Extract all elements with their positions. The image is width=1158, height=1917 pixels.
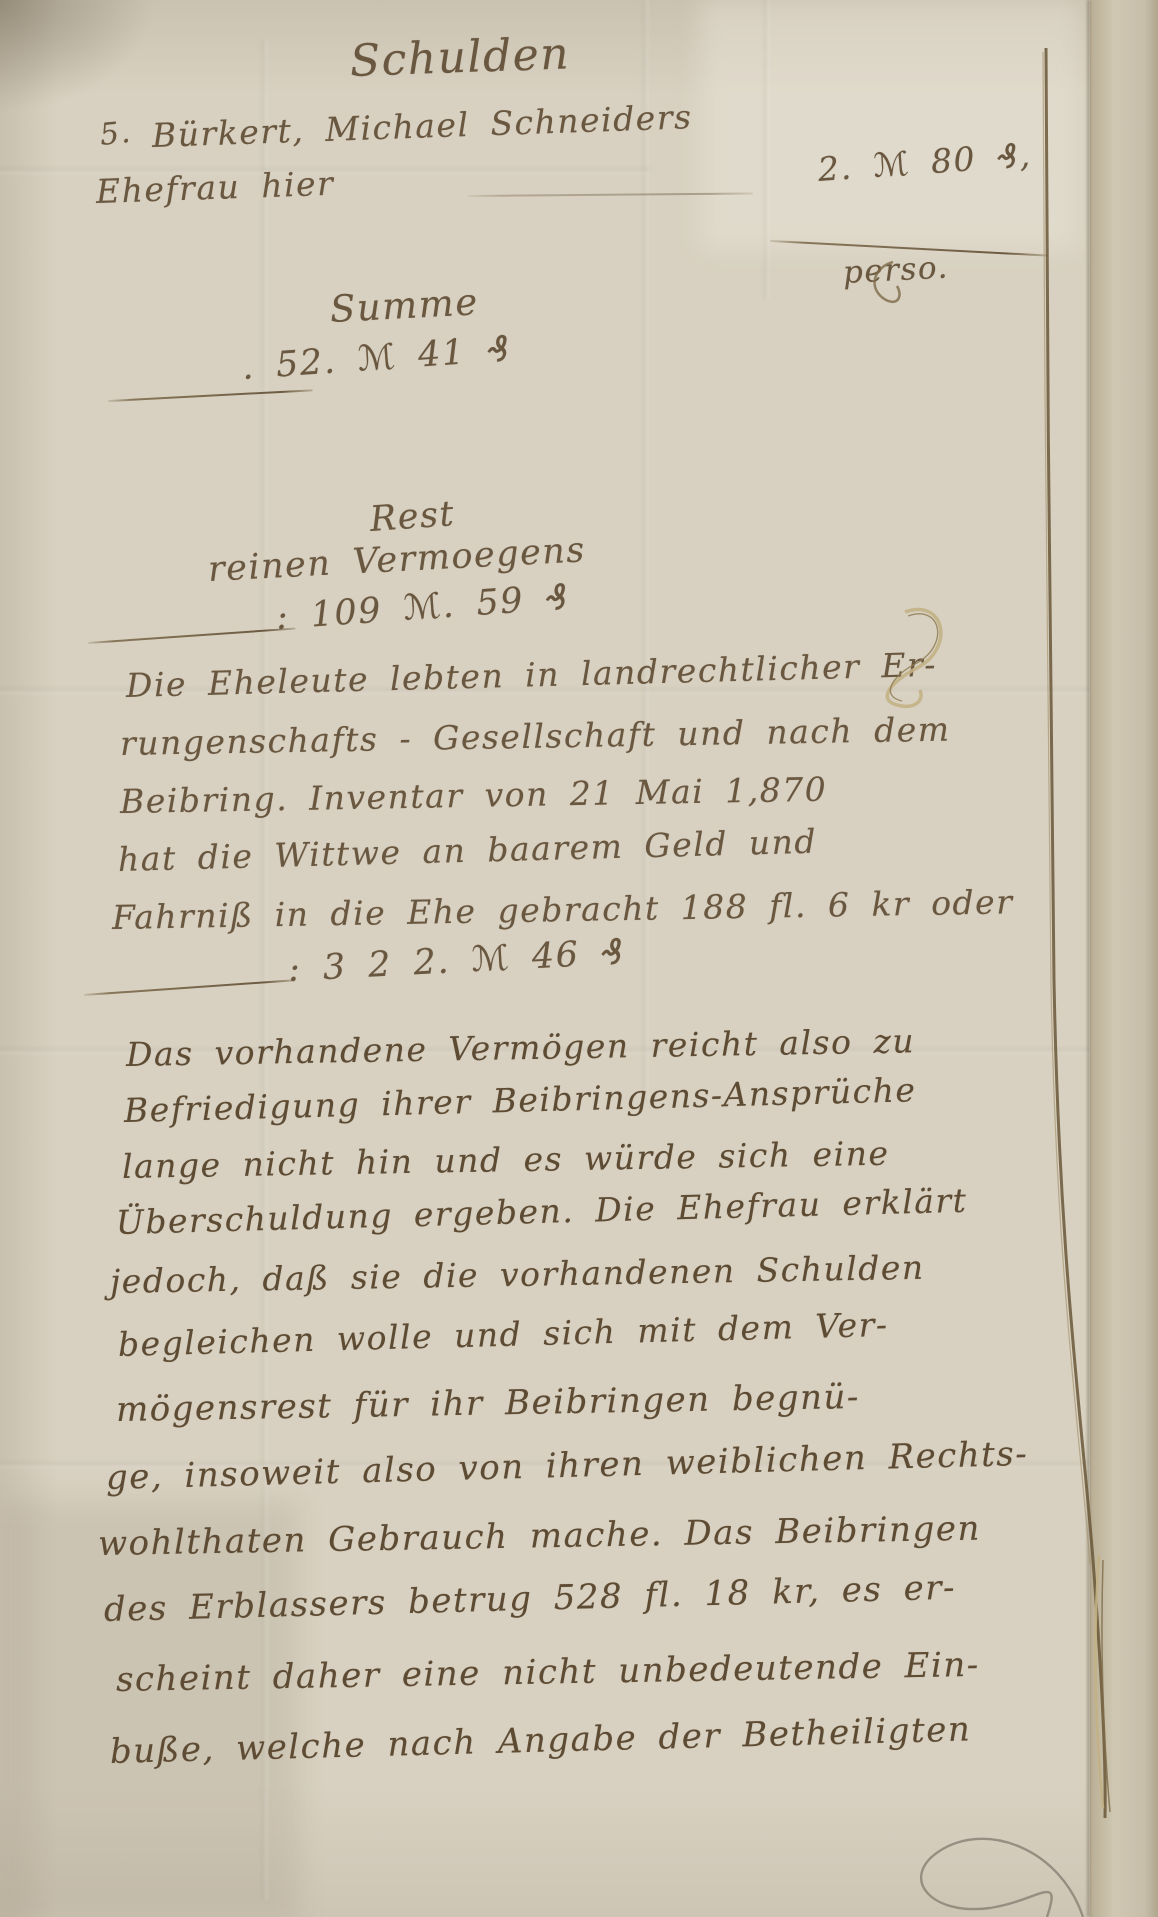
summe-amount: . 52. ℳ 41 ₰: [241, 329, 513, 388]
body-line: lange nicht hin und es würde sich eine: [122, 1134, 890, 1186]
page-edge-strip: [1090, 0, 1158, 1917]
body-line: hat die Wittwe an baarem Geld und: [117, 822, 817, 879]
fold-crease-vertical: [643, 0, 650, 1100]
body-line: mögensrest für ihr Beibringen begnü-: [116, 1377, 860, 1430]
fold-crease-vertical: [764, 0, 771, 300]
rest-label: Rest: [369, 494, 457, 540]
summe-label: Summe: [329, 280, 480, 331]
body-line: Überschuldung ergeben. Die Ehefrau erklä…: [115, 1181, 967, 1242]
para1-amount: : 3 2 2. ℳ 46 ₰: [287, 932, 626, 990]
body-line: Fahrniß in die Ehe gebracht 188 fl. 6 kr…: [112, 882, 1014, 937]
manuscript-page: Schulden 5. Bürkert, Michael Schneiders …: [0, 0, 1158, 1917]
page-edge-shadow: [1086, 0, 1091, 1917]
paper-light-patch: [700, 0, 1080, 250]
body-line: Das vorhandene Vermögen reicht also zu: [126, 1021, 916, 1074]
body-line: ge, insoweit also von ihren weiblichen R…: [105, 1434, 1028, 1498]
entry-name-line: Bürkert, Michael Schneiders: [151, 97, 693, 155]
body-line: rungenschafts - Gesellschaft und nach de…: [120, 710, 951, 763]
carry-note: perso.: [842, 249, 950, 290]
section-heading: Schulden: [349, 28, 571, 87]
body-line: Befriedigung ihrer Beibringens-Ansprüche: [123, 1070, 916, 1130]
summe-underline: [108, 389, 313, 402]
rest-amount: : 109 ℳ. 59 ₰: [275, 578, 571, 638]
body-line: begleichen wolle und sich mit dem Ver-: [117, 1305, 889, 1364]
body-line: jedoch, daß sie die vorhandenen Schulden: [110, 1248, 925, 1301]
entry-name-line2: Ehefrau hier: [95, 164, 335, 211]
entry-number: 5.: [98, 115, 133, 153]
body-line: Beibring. Inventar von 21 Mai 1,870: [120, 770, 828, 821]
